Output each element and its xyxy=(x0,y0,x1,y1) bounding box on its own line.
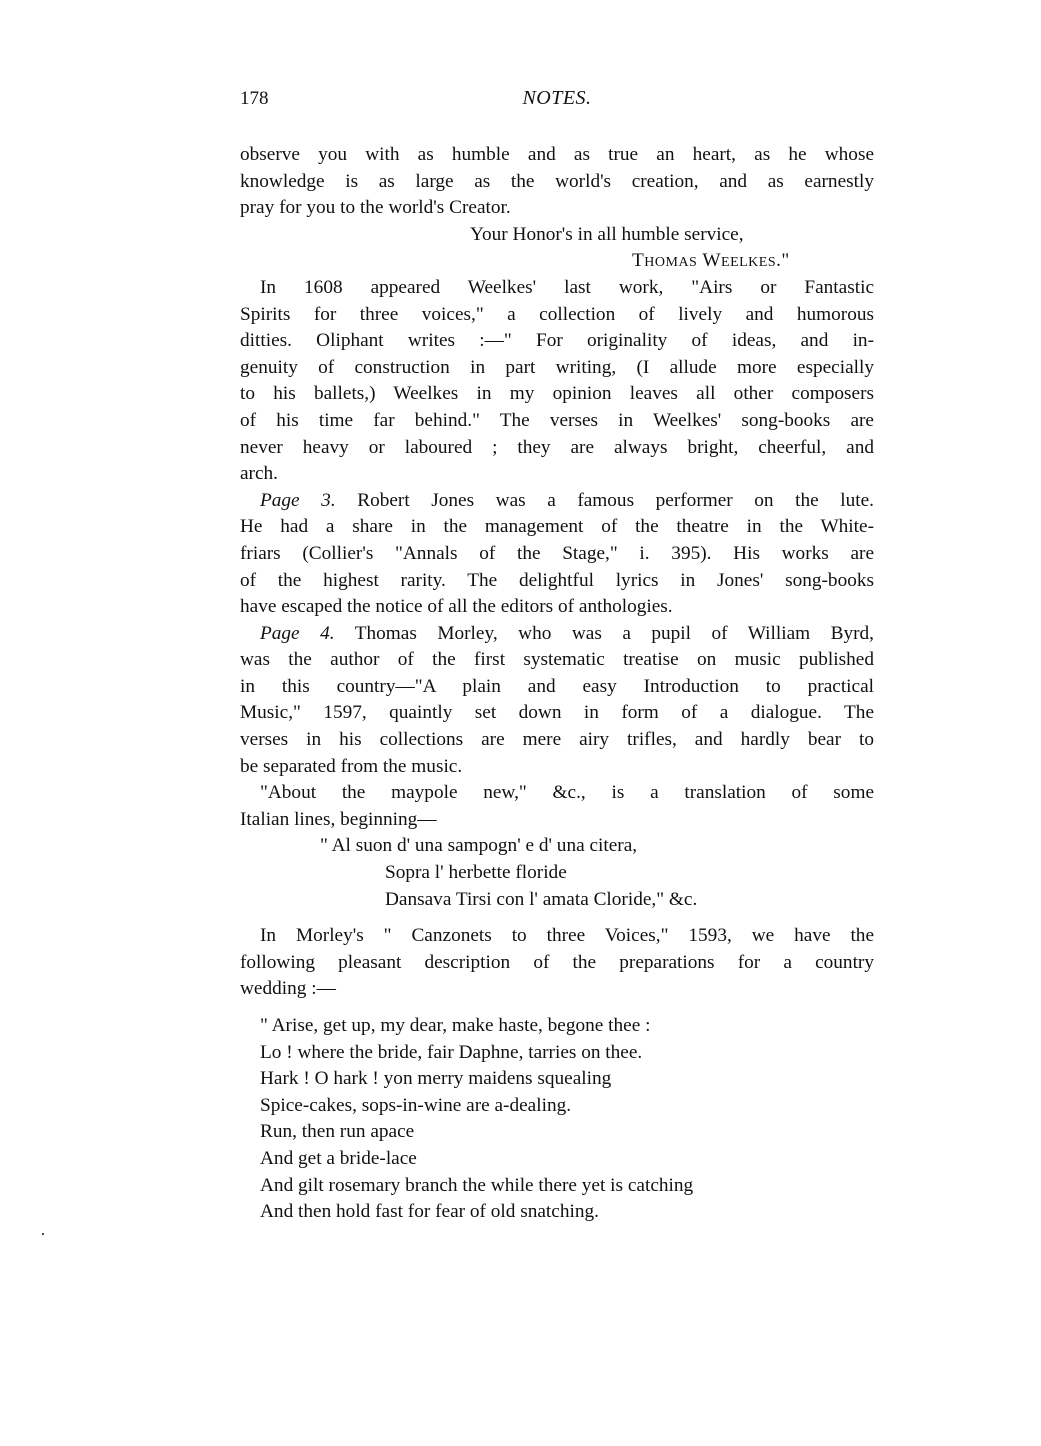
paragraph-weelkes: In 1608 appeared Weelkes' last work, "Ai… xyxy=(240,275,874,488)
text-line: ditties. Oliphant writes :—" For origina… xyxy=(240,328,874,355)
paragraph-page-3: Page 3. Robert Jones was a famous perfor… xyxy=(240,488,874,621)
text-line: arch. xyxy=(240,461,874,488)
running-head: NOTES. xyxy=(240,87,874,110)
book-page: 178 NOTES. observe you with as humble an… xyxy=(240,88,874,1226)
paragraph-canzonets: In Morley's " Canzonets to three Voices,… xyxy=(240,923,874,1003)
text-span: Thomas Morley, who was a pupil of Willia… xyxy=(335,623,874,644)
letter-ending: observe you with as humble and as true a… xyxy=(240,142,874,275)
paragraph-maypole: "About the maypole new," &c., is a trans… xyxy=(240,780,874,833)
text-line: pray for you to the world's Creator. xyxy=(240,195,874,222)
text-line: knowledge is as large as the world's cre… xyxy=(240,169,874,196)
text-span: Robert Jones was a famous performer on t… xyxy=(336,490,874,511)
page-reference: Page 3. xyxy=(260,490,336,511)
song-line: And then hold fast for fear of old snatc… xyxy=(240,1199,874,1226)
text-line: was the author of the first systematic t… xyxy=(240,647,874,674)
verse-line: Sopra l' herbette floride xyxy=(240,860,874,887)
song-line: Lo ! where the bride, fair Daphne, tarri… xyxy=(240,1040,874,1067)
text-line: Spirits for three voices," a collection … xyxy=(240,302,874,329)
page-reference: Page 4. xyxy=(260,623,335,644)
spacer xyxy=(240,913,874,923)
song-line: " Arise, get up, my dear, make haste, be… xyxy=(240,1013,874,1040)
paragraph-page-4: Page 4. Thomas Morley, who was a pupil o… xyxy=(240,621,874,781)
text-line: of the highest rarity. The delightful ly… xyxy=(240,568,874,595)
text-line: Page 3. Robert Jones was a famous perfor… xyxy=(240,488,874,515)
text-line: to his ballets,) Weelkes in my opinion l… xyxy=(240,381,874,408)
verse-line: " Al suon d' una sampogn' e d' una citer… xyxy=(240,833,874,860)
letter-closing: Your Honor's in all humble service, xyxy=(240,222,874,249)
song-line: And get a bride-lace xyxy=(240,1146,874,1173)
text-line: never heavy or laboured ; they are alway… xyxy=(240,435,874,462)
italian-verse: " Al suon d' una sampogn' e d' una citer… xyxy=(240,833,874,913)
song-line: Hark ! O hark ! yon merry maidens squeal… xyxy=(240,1066,874,1093)
text-line: genuity of construction in part writing,… xyxy=(240,355,874,382)
page-body: observe you with as humble and as true a… xyxy=(240,142,874,1226)
text-line: following pleasant description of the pr… xyxy=(240,950,874,977)
text-line: have escaped the notice of all the edito… xyxy=(240,594,874,621)
song-line: Run, then run apace xyxy=(240,1119,874,1146)
text-line: Music," 1597, quaintly set down in form … xyxy=(240,700,874,727)
text-line: verses in his collections are mere airy … xyxy=(240,727,874,754)
text-line: Italian lines, beginning— xyxy=(240,807,874,834)
letter-signature: Thomas Weelkes." xyxy=(240,248,874,275)
verse-line: Dansava Tirsi con l' amata Cloride," &c. xyxy=(240,887,874,914)
text-line: friars (Collier's "Annals of the Stage,"… xyxy=(240,541,874,568)
text-line: "About the maypole new," &c., is a trans… xyxy=(240,780,874,807)
text-line: In Morley's " Canzonets to three Voices,… xyxy=(240,923,874,950)
text-line: wedding :— xyxy=(240,976,874,1003)
scan-speck xyxy=(42,1233,44,1235)
text-line: He had a share in the management of the … xyxy=(240,514,874,541)
text-line: in this country—"A plain and easy Introd… xyxy=(240,674,874,701)
text-line: observe you with as humble and as true a… xyxy=(240,142,874,169)
page-header: 178 NOTES. xyxy=(240,88,874,118)
text-line: In 1608 appeared Weelkes' last work, "Ai… xyxy=(240,275,874,302)
song-line: Spice-cakes, sops-in-wine are a-dealing. xyxy=(240,1093,874,1120)
wedding-song: " Arise, get up, my dear, make haste, be… xyxy=(240,1013,874,1226)
text-line: be separated from the music. xyxy=(240,754,874,781)
song-line: And gilt rosemary branch the while there… xyxy=(240,1173,874,1200)
spacer xyxy=(240,1003,874,1013)
text-line: of his time far behind." The verses in W… xyxy=(240,408,874,435)
text-line: Page 4. Thomas Morley, who was a pupil o… xyxy=(240,621,874,648)
